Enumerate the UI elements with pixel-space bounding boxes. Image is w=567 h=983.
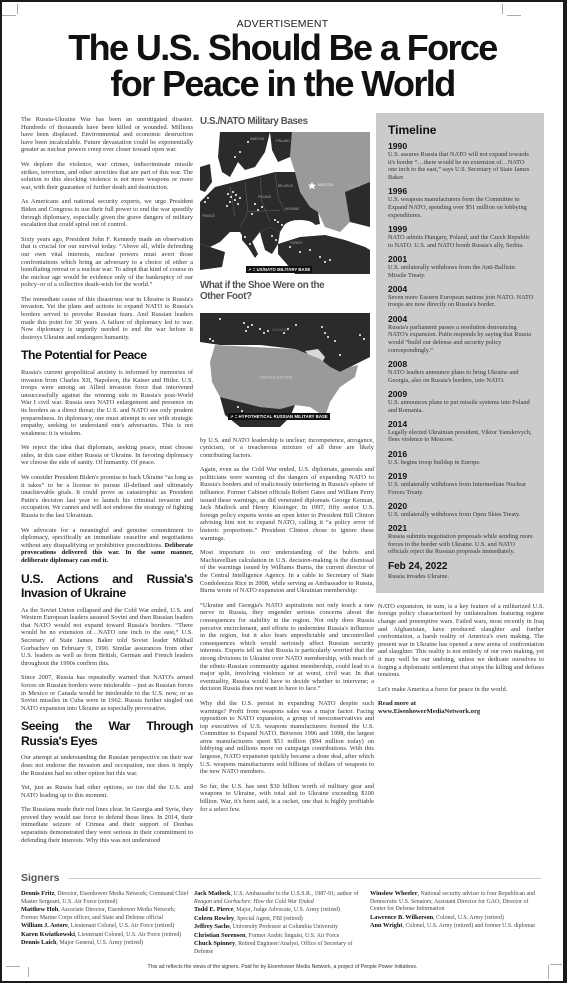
timeline-text: U.S. unilaterally withdraws from the Ant…	[388, 264, 534, 279]
europe-bases-map: SWEDEN FINLAND RUSSIA MOSCOW BELARUS POL…	[200, 132, 370, 274]
headline-line-1: The U.S. Should Be a Force	[2, 30, 563, 66]
map-title: U.S./NATO Military Bases	[200, 116, 374, 128]
timeline-item: 2004Russia's parliament passes a resolut…	[388, 314, 534, 355]
timeline-text: Legally elected Ukrainian president, Vik…	[388, 429, 534, 444]
signer-column: Jack Matlock, U.S. Ambassador to the U.S…	[194, 890, 370, 956]
signers-title: Signers	[21, 872, 60, 884]
map-legend: ↗ = HYPOTHETICAL RUSSIAN MILITARY BASE	[228, 413, 330, 420]
signer-entry: Lawrence B. Wilkerson, Colonel, U.S. Arm…	[370, 914, 540, 923]
headline: The U.S. Should Be a Force for Peace in …	[2, 30, 563, 102]
signer-entry: Dennis Laich, Major General, U.S. Army (…	[21, 939, 194, 948]
paragraph: Yet, just as Russia had other options, s…	[21, 784, 193, 799]
timeline-year: 2004	[388, 284, 534, 294]
paragraph: We reject the idea that diplomats, seeki…	[21, 444, 193, 467]
timeline-item: 2020U.S. unilaterally withdraws from Ope…	[388, 501, 534, 519]
timeline-year: 2014	[388, 419, 534, 429]
timeline-item: 2014Legally elected Ukrainian president,…	[388, 419, 534, 444]
signer-name: Christian Sorensen	[194, 932, 246, 939]
timeline-title: Timeline	[388, 123, 534, 137]
signer-name: Chuck Spinney	[194, 940, 235, 947]
signer-name: Jack Matlock	[194, 890, 231, 897]
signer-desc: , Lieutenant Colonel, U.S. Air Force (re…	[75, 932, 181, 938]
signer-name: Matthew Hoh	[21, 906, 58, 913]
timeline-item: 1996U.S. weapons manufacturers form the …	[388, 186, 534, 219]
signer-desc: , Special Agent, FBI (retired)	[234, 916, 303, 922]
paragraph: Why did the U.S. persist in expanding NA…	[200, 700, 374, 776]
signer-name: William J. Astore	[21, 922, 68, 929]
timeline-year: 1990	[388, 141, 534, 151]
timeline-year: 2021	[388, 523, 534, 533]
signers-section: Signers Dennis Fritz, Director, Eisenhow…	[21, 872, 541, 956]
timeline-text: U.S. assures Russia that NATO will not e…	[388, 151, 534, 182]
signer-entry: Karen Kwiatkowski, Lieutenant Colonel, U…	[21, 931, 194, 940]
crop-mark	[8, 4, 18, 14]
column-1: The Russia-Ukraine War has been an unmit…	[21, 116, 193, 851]
svg-text:FRANCE: FRANCE	[202, 214, 215, 218]
timeline-text: U.S. unilaterally withdraws from Interme…	[388, 481, 534, 496]
timeline-box: Timeline 1990U.S. assures Russia that NA…	[376, 113, 544, 593]
signer-entry: Coleen Rowley, Special Agent, FBI (retir…	[194, 915, 370, 924]
paragraph: by U.S. and NATO leadership is unclear; …	[200, 437, 374, 460]
timeline-item: 2004Seven more Eastern European nations …	[388, 284, 534, 309]
timeline-item: Feb 24, 2022Russia invades Ukraine.	[388, 561, 534, 581]
svg-text:UNITED STATES: UNITED STATES	[260, 375, 293, 380]
timeline-item: 2001U.S. unilaterally withdraws from the…	[388, 254, 534, 279]
timeline-item: 2021Russia submits negotiation proposals…	[388, 523, 534, 556]
paragraph: NATO expansion, in sum, is a key feature…	[378, 603, 544, 679]
svg-text:POLAND: POLAND	[258, 195, 272, 199]
timeline-year: 2001	[388, 254, 534, 264]
section-heading: The Potential for Peace	[21, 348, 193, 363]
signer-column: Dennis Fritz, Director, Eisenhower Media…	[21, 890, 194, 956]
timeline-year: 2009	[388, 389, 534, 399]
north-america-map-graphic: CANADA UNITED STATES MEXICO	[200, 307, 370, 427]
signer-entry: Winslow Wheeler, National security advis…	[370, 890, 540, 914]
timeline-item: 2008NATO leaders announce plans to bring…	[388, 359, 534, 384]
north-america-bases-map: CANADA UNITED STATES MEXICO ↗ = HYPOTHET…	[200, 307, 370, 427]
signer-desc: , Former Arabic linguist, U.S. Air Force	[246, 933, 340, 939]
crop-mark	[507, 15, 521, 16]
timeline-year: 2016	[388, 449, 534, 459]
paragraph: The immediate cause of this disastrous w…	[21, 296, 193, 342]
crop-mark	[2, 15, 16, 16]
paragraph: So far, the U.S. has sent $30 billion wo…	[200, 783, 374, 813]
column-2: U.S./NATO Military Bases	[200, 116, 374, 820]
signer-desc: , U.S. Ambassador to the U.S.S.R., 1987-…	[231, 891, 359, 897]
signer-name: Jeffrey Sachs	[194, 923, 230, 930]
section-heading: U.S. Actions and Russia's Invasion of Uk…	[21, 572, 193, 601]
signer-name: Todd E. Pierce	[194, 906, 233, 913]
column-2-text: by U.S. and NATO leadership is unclear; …	[200, 437, 374, 814]
signer-name: Coleen Rowley	[194, 915, 234, 922]
signer-desc: , Major, Judge Advocate, U.S. Army (reti…	[233, 907, 340, 913]
timeline-text: Russia's parliament passes a resolution …	[388, 324, 534, 355]
signer-entry: Todd E. Pierce, Major, Judge Advocate, U…	[194, 906, 370, 915]
signer-name: Ann Wright	[370, 922, 403, 929]
paragraph: Since 2007, Russia has repeatedly warned…	[21, 674, 193, 712]
paragraph: As Americans and national security exper…	[21, 198, 193, 228]
signer-name: Lawrence B. Wilkerson	[370, 914, 433, 921]
timeline-item: 2009U.S. announces plans to put missile …	[388, 389, 534, 414]
signer-desc: , Colonel, U.S. Army (retired)	[433, 915, 504, 921]
timeline-year: Feb 24, 2022	[388, 561, 534, 573]
map-title: What if the Shoe Were on the Other Foot?	[200, 280, 330, 303]
paragraph: The Russia-Ukraine War has been an unmit…	[21, 116, 193, 154]
signer-entry: Matthew Hoh, Associate Director, Eisenho…	[21, 906, 194, 922]
paragraph: Again, even as the Cold War ended, U.S. …	[200, 466, 374, 542]
paragraph: Most important to our understanding of t…	[200, 549, 374, 595]
map-legend: ↗ = US/NATO MILITARY BASE	[246, 266, 312, 273]
timeline-year: 1999	[388, 224, 534, 234]
signer-entry: William J. Astore, Lieutenant Colonel, U…	[21, 922, 194, 931]
timeline-year: 2004	[388, 314, 534, 324]
read-more-label: Read more at	[378, 700, 544, 708]
timeline-text: Russia invades Ukraine.	[388, 573, 534, 581]
book-title: Reagan and Gorbachev: How the Cold War E…	[194, 899, 314, 905]
svg-text:FINLAND: FINLAND	[276, 139, 290, 143]
signer-desc: , Colonel, U.S. Army (retired) and forme…	[403, 923, 536, 929]
signer-column: Winslow Wheeler, National security advis…	[370, 890, 540, 956]
svg-text:RUSSIA: RUSSIA	[348, 184, 361, 188]
timeline-text: U.S. announces plans to put missile syst…	[388, 399, 534, 414]
signer-entry: Chuck Spinney, Retired Engineer/Analyst,…	[194, 940, 370, 956]
paragraph: We deplore the violence, war crimes, ind…	[21, 161, 193, 191]
signer-entry: Christian Sorensen, Former Arabic lingui…	[194, 932, 370, 941]
paragraph: Sixty years ago, President John F. Kenne…	[21, 236, 193, 289]
divider	[68, 878, 541, 879]
signer-entry: Ann Wright, Colonel, U.S. Army (retired)…	[370, 922, 540, 931]
timeline-text: U.S. weapons manufacturers form the Comm…	[388, 196, 534, 219]
timeline-item: 1999NATO admits Hungary, Poland, and the…	[388, 224, 534, 249]
signer-entry: Jeffrey Sachs, University Professor at C…	[194, 923, 370, 932]
timeline-text: NATO leaders announce plans to bring Ukr…	[388, 369, 534, 384]
timeline-item: 2019U.S. unilaterally withdraws from Int…	[388, 471, 534, 496]
signer-desc: , Major General, U.S. Army (retired)	[57, 940, 144, 946]
timeline-year: 2008	[388, 359, 534, 369]
signer-name: Dennis Laich	[21, 939, 57, 946]
svg-text:TURKEY: TURKEY	[290, 241, 304, 245]
advertisement-page: ADVERTISEMENT The U.S. Should Be a Force…	[2, 2, 563, 981]
headline-line-2: for Peace in the World	[2, 66, 563, 102]
signer-desc: , Lieutenant Colonel, U.S. Air Force (re…	[68, 923, 174, 929]
paragraph: Russia's current geopolitical anxiety is…	[21, 369, 193, 437]
signer-entry: Dennis Fritz, Director, Eisenhower Media…	[21, 890, 194, 906]
paragraph: Our attempt at understanding the Russian…	[21, 754, 193, 777]
paragraph: As the Soviet Union collapsed and the Co…	[21, 607, 193, 668]
signer-desc: , University Professor at Columbia Unive…	[230, 924, 338, 930]
europe-map-graphic: SWEDEN FINLAND RUSSIA MOSCOW BELARUS POL…	[200, 132, 370, 274]
timeline-year: 2020	[388, 501, 534, 511]
svg-text:UKRAINE: UKRAINE	[285, 207, 299, 211]
quote-paragraph: “Ukraine and Georgia's NATO aspirations …	[200, 602, 374, 693]
svg-text:CANADA: CANADA	[272, 328, 288, 332]
timeline-text: NATO admits Hungary, Poland, and the Cze…	[388, 234, 534, 249]
timeline-text: Seven more Eastern European nations join…	[388, 294, 534, 309]
timeline-item: 2016U.S. begins troop buildup in Europe.	[388, 449, 534, 467]
signer-name: Winslow Wheeler	[370, 890, 418, 897]
signers-header: Signers	[21, 872, 541, 884]
paragraph: Let's make America a force for peace in …	[378, 686, 544, 694]
paragraph: The Russians made their red lines clear.…	[21, 806, 193, 844]
footer-disclaimer: This ad reflects the views of the signer…	[2, 964, 563, 970]
svg-text:SWEDEN: SWEDEN	[250, 137, 265, 141]
crop-mark	[502, 4, 512, 14]
column-3: Timeline 1990U.S. assures Russia that NA…	[376, 113, 544, 716]
timeline-text: Russia submits negotiation proposals whi…	[388, 533, 534, 556]
timeline-text: U.S. begins troop buildup in Europe.	[388, 459, 534, 467]
timeline-year: 1996	[388, 186, 534, 196]
signer-name: Karen Kwiatkowski	[21, 931, 75, 938]
paragraph: We consider President Biden's promise to…	[21, 474, 193, 520]
timeline-year: 2019	[388, 471, 534, 481]
svg-text:MOSCOW: MOSCOW	[318, 183, 333, 187]
paragraph: We advocate for a meaningful and genuine…	[21, 527, 193, 565]
timeline-item: 1990U.S. assures Russia that NATO will n…	[388, 141, 534, 182]
signer-entry: Jack Matlock, U.S. Ambassador to the U.S…	[194, 890, 370, 906]
signer-columns: Dennis Fritz, Director, Eisenhower Media…	[21, 890, 541, 956]
read-more-link[interactable]: www.EisenhowerMediaNetwork.org	[378, 708, 544, 716]
timeline-text: U.S. unilaterally withdraws from Open Sk…	[388, 511, 534, 519]
section-heading: Seeing the War Through Russia's Eyes	[21, 719, 193, 748]
signer-name: Dennis Fritz	[21, 890, 54, 897]
svg-text:BELARUS: BELARUS	[278, 184, 293, 188]
column-3-text: NATO expansion, in sum, is a key feature…	[376, 603, 544, 716]
